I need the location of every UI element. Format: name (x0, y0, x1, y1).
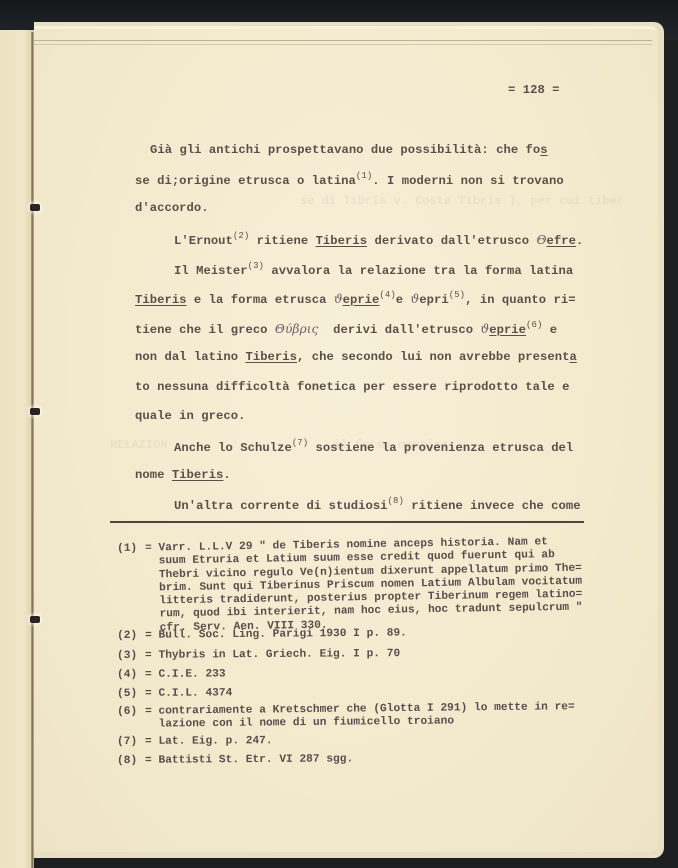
footnote-1: (1)= Varr. L.L.V 29 " de Tiberis nomine … (117, 536, 583, 636)
footnote-number: (2) (117, 630, 145, 644)
body-line: tiene che il greco Θύβρις derivi dall'et… (135, 321, 557, 337)
footnote-8: (8)= Battisti St. Etr. VI 287 sgg. (117, 753, 353, 768)
binding-hole (30, 408, 40, 415)
show-through-text: se di Tibris v. Costa Tibris ), per cui … (300, 194, 624, 208)
footnote-5: (5)= C.I.L. 4374 (117, 687, 232, 701)
footnote-number: (4) (117, 669, 145, 682)
footnote-ref: (2) (233, 231, 249, 241)
footnote-2: (2)= Bull. Soc. Ling. Parigi 1930 I p. 8… (117, 627, 407, 643)
footnote-text: = Battisti St. Etr. VI 287 sgg. (145, 753, 353, 766)
footnote-number: (3) (117, 650, 145, 663)
footnote-line: (8)= Battisti St. Etr. VI 287 sgg. (117, 753, 353, 768)
footnote-number: (1) (117, 543, 145, 557)
handwritten-theta: ϑ (411, 292, 420, 306)
footnote-line: (7)= Lat. Eig. p. 247. (117, 735, 273, 749)
handwritten-greek: Θύβρις (275, 322, 319, 336)
page-number: = 128 = (508, 83, 560, 97)
footnote-4: (4)= C.I.E. 233 (117, 668, 226, 682)
footnote-6: (6)= contrariamente a Kretschmer che (Gl… (117, 701, 575, 732)
footnote-text: = C.I.L. 4374 (145, 687, 232, 699)
footnote-text: = C.I.E. 233 (145, 668, 226, 680)
footnote-ref: (5) (449, 290, 465, 300)
body-line: Il Meister(3) avvalora la relazione tra … (174, 262, 573, 278)
binding-hole (30, 204, 40, 211)
binding-hole (30, 616, 40, 623)
body-line: to nessuna difficoltà fonetica per esser… (135, 380, 569, 394)
page-edge-line (34, 40, 652, 41)
footnote-ref: (7) (292, 438, 308, 448)
footnote-ref: (6) (526, 320, 542, 330)
body-line: Tiberis e la forma etrusca ϑeprie(4)e ϑe… (135, 291, 576, 307)
binding-gutter (31, 32, 34, 868)
handwritten-theta: Θ (536, 233, 546, 247)
body-line: nome Tiberis. (135, 468, 231, 482)
footnote-text: = Lat. Eig. p. 247. (145, 735, 273, 748)
page-edge-line (34, 44, 652, 45)
left-page-edge (0, 30, 34, 868)
footnote-line: (5)= C.I.L. 4374 (117, 687, 232, 701)
body-line: L'Ernout(2) ritiene Tiberis derivato dal… (174, 232, 583, 248)
footnote-ref: (4) (379, 290, 395, 300)
footnote-number: (7) (117, 736, 145, 749)
footnote-line: (2)= Bull. Soc. Ling. Parigi 1930 I p. 8… (117, 627, 407, 643)
footnote-number: (5) (117, 688, 145, 701)
body-line: Anche lo Schulze(7) sostiene la provenie… (174, 439, 573, 455)
footnote-separator (110, 521, 584, 523)
body-line: se di;origine etrusca o latina(1). I mod… (135, 172, 564, 188)
footnote-3: (3)= Thybris in Lat. Griech. Eig. I p. 7… (117, 648, 400, 663)
body-line: non dal latino Tiberis, che secondo lui … (135, 350, 577, 364)
footnote-text: = Bull. Soc. Ling. Parigi 1930 I p. 89. (145, 627, 407, 641)
footnote-number: (6) (117, 706, 145, 720)
handwritten-theta: ϑ (480, 322, 489, 336)
body-line: Già gli antichi prospettavano due possib… (150, 143, 548, 157)
body-line: quale in greco. (135, 409, 245, 423)
body-line: Un'altra corrente di studiosi(8) ritiene… (174, 497, 581, 513)
footnote-line: (4)= C.I.E. 233 (117, 668, 226, 682)
footnote-ref: (8) (388, 496, 404, 506)
footnote-line: (3)= Thybris in Lat. Griech. Eig. I p. 7… (117, 648, 400, 663)
handwritten-theta: ϑ (334, 292, 343, 306)
body-line: d'accordo. (135, 201, 209, 215)
footnote-ref: (1) (356, 171, 372, 181)
footnote-text: = Thybris in Lat. Griech. Eig. I p. 70 (145, 648, 400, 662)
footnote-7: (7)= Lat. Eig. p. 247. (117, 735, 273, 749)
footnote-ref: (3) (248, 261, 264, 271)
footnote-number: (8) (117, 755, 145, 768)
footnote-text: lazione con il nome di un fiumicello tro… (145, 716, 454, 731)
